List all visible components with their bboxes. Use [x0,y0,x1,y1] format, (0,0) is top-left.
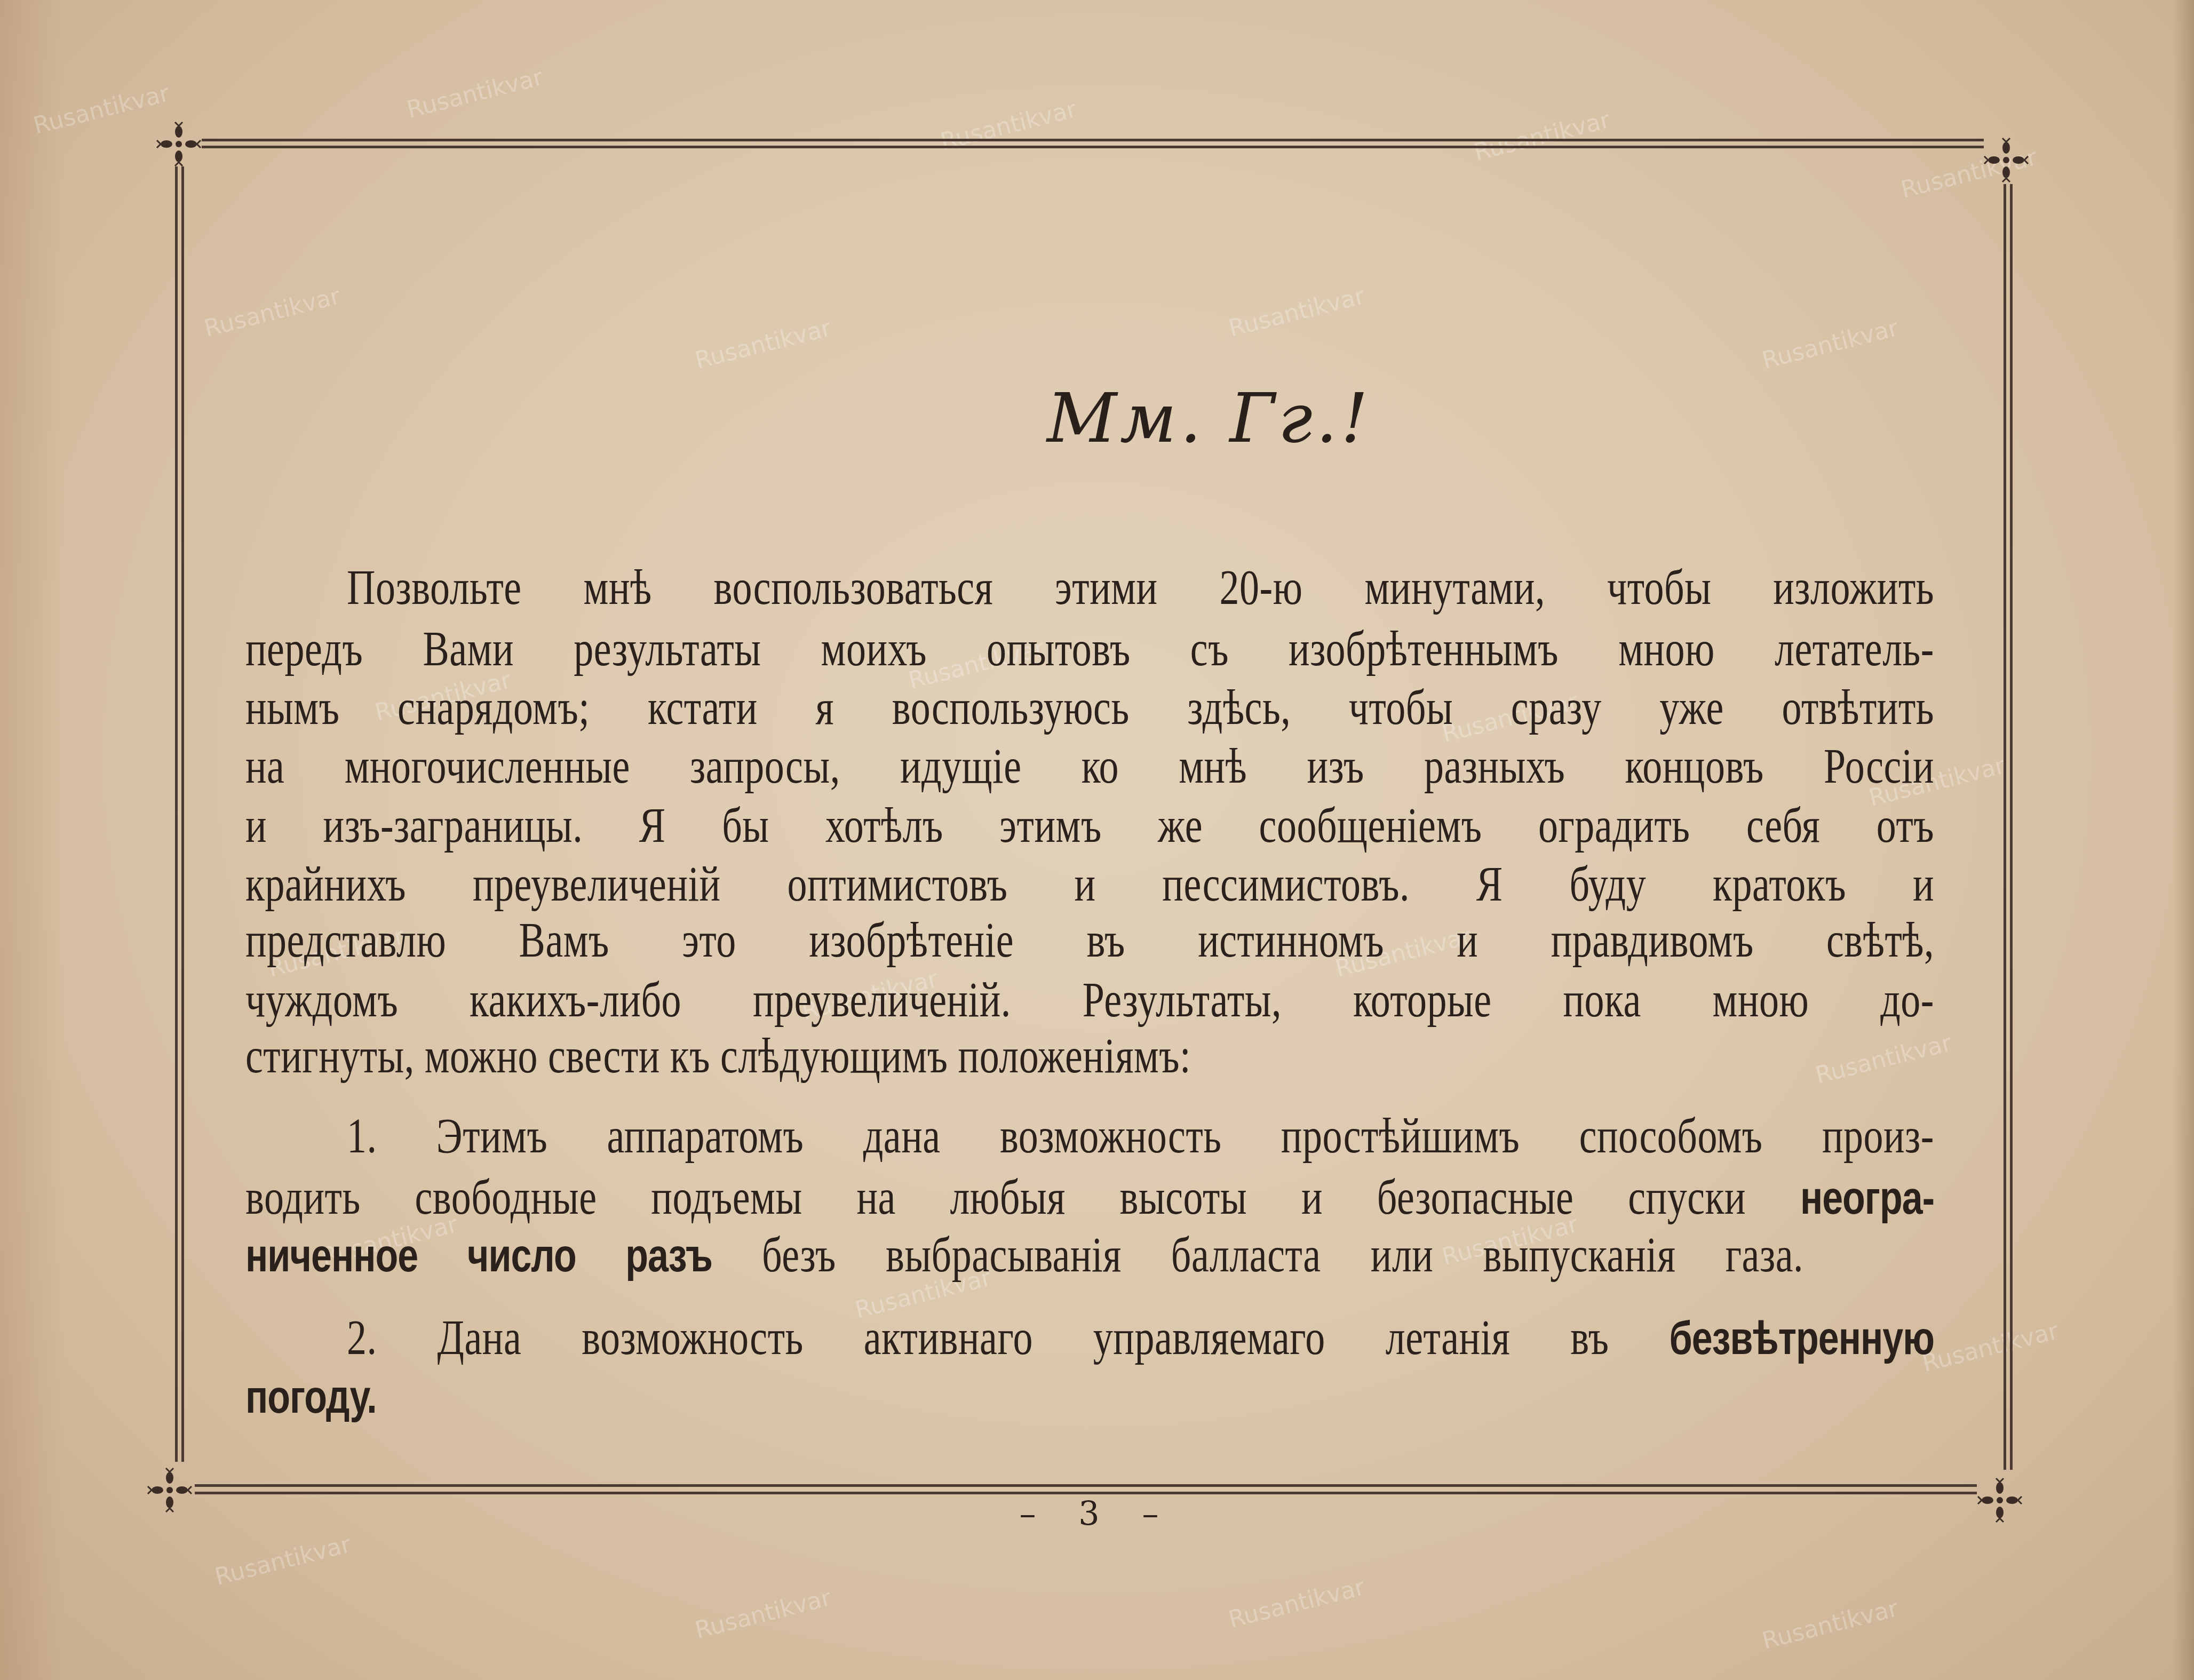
paper-edge-shadow-left [0,0,64,1680]
frame-top-outer-line [202,139,1984,141]
frame-left-inner-line [181,166,184,1462]
watermark: Rusantikvar [404,63,546,123]
watermark: Rusantikvar [693,314,834,374]
frame-bottom-outer-line [195,1484,1977,1487]
watermark: Rusantikvar [1760,314,1901,374]
item-text: безъ выбрасыванія балласта или выпускані… [762,1228,1803,1283]
page-number: – 3 – [0,1494,2194,1533]
item-line: 2. Дана возможность активнаго управляема… [347,1298,1934,1378]
frame-right-inner-line [2004,184,2006,1470]
watermark: Rusantikvar [1472,106,1613,166]
watermark: Rusantikvar [1920,1317,2061,1377]
frame-top-inner-line [202,146,1984,148]
watermark: Rusantikvar [693,1584,834,1644]
item-line: ниченное число разъ безъ выбрасыванія ба… [245,1215,1803,1295]
watermark: Rusantikvar [1760,1595,1901,1654]
watermark: Rusantikvar [202,282,343,342]
frame-left-outer-line [175,166,178,1462]
paper-edge-shadow-right [2173,0,2194,1680]
frame-right-outer-line [2010,184,2013,1470]
corner-cross-ornament-icon [1982,136,2030,184]
item-text-bold: неогра- [1800,1172,1934,1224]
item-line: погоду. [245,1357,459,1437]
corner-cross-ornament-icon [155,120,203,168]
watermark: Rusantikvar [212,1531,354,1590]
salutation-heading: Мм. Гг.! [0,379,2194,458]
item-text-bold: безвѣтренную [1670,1312,1934,1364]
watermark: Rusantikvar [1226,282,1368,342]
item-text-bold: ниченное число разъ [245,1229,712,1281]
item-text-bold: погоду. [245,1371,377,1423]
item-text: 2. Дана возможность активнаго управляема… [347,1311,1609,1366]
document-page: Rusantikvar Rusantikvar Rusantikvar Rusa… [0,0,2194,1680]
watermark: Rusantikvar [1226,1573,1368,1633]
paragraph-line: стигнуты, можно свести къ слѣдующимъ пол… [245,1016,1473,1096]
